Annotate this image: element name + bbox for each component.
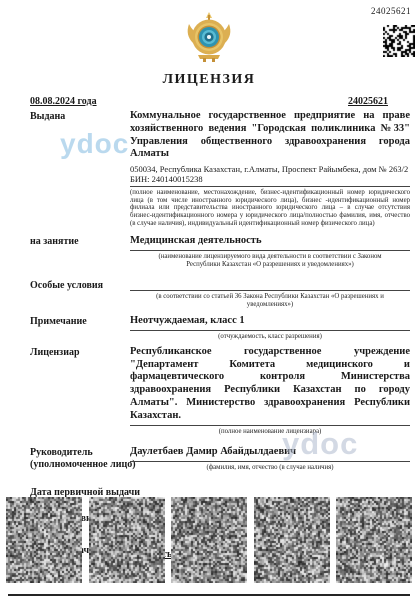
field-rule: [130, 185, 410, 187]
kazakhstan-emblem-icon: [184, 11, 234, 63]
date-number-row: 08.08.2024 года 24025621: [30, 96, 388, 107]
field-special-conditions: Особые условия (в соответствии со статье…: [30, 279, 410, 308]
note-value: Неотчуждаемая, класс 1: [130, 315, 410, 328]
field-activity: на занятие Медицинская деятельность (наи…: [30, 235, 410, 268]
field-label-activity: на занятие: [30, 235, 130, 248]
issued-to-value: Коммунальное государственное предприятие…: [130, 110, 410, 161]
fields-area: Выдана Коммунальное государственное пред…: [30, 110, 410, 562]
note-hint: (отчуждаемость, класс разрешения): [130, 333, 410, 341]
field-rule: [130, 460, 410, 462]
head-hint: (фамилия, имя, отчество (в случае наличи…: [130, 464, 410, 472]
issued-to-address: 050034, Республика Казахстан, г.Алматы, …: [130, 164, 410, 174]
special-conditions-hint: (в соответствии со статьей 36 Закона Рес…: [130, 293, 410, 308]
field-label-head: Руководитель (уполномоченное лицо): [30, 446, 130, 471]
datamatrix-code-icon: [383, 25, 415, 57]
licensor-hint: (полное наименование лицензиара): [130, 428, 410, 436]
noise-block: [171, 497, 247, 583]
noise-block: [254, 497, 330, 583]
license-number: 24025621: [348, 96, 388, 107]
field-issued-to: Выдана Коммунальное государственное пред…: [30, 110, 410, 227]
field-head: Руководитель (уполномоченное лицо) Дауле…: [30, 446, 410, 471]
noise-block: [89, 497, 165, 583]
licensor-value: Республиканское государственное учрежден…: [130, 346, 410, 423]
field-rule: [130, 424, 410, 426]
field-rule: [130, 329, 410, 331]
issued-to-hint: (полное наименование, местонахождение, б…: [130, 189, 410, 227]
issued-to-bin: БИН: 240140015238: [130, 174, 410, 184]
field-rule: [130, 289, 410, 291]
footer-divider: [8, 594, 410, 596]
license-document-page: 24025621 ЛИЦЕНЗИЯ 08.08.2024 года 240256…: [0, 0, 418, 600]
noise-block: [336, 497, 412, 583]
noise-block: [6, 497, 82, 583]
field-note: Примечание Неотчуждаемая, класс 1 (отчуж…: [30, 315, 410, 340]
field-rule: [130, 249, 410, 251]
field-label-issued-to: Выдана: [30, 110, 130, 123]
issue-date: 08.08.2024 года: [30, 96, 97, 107]
field-label-special-conditions: Особые условия: [30, 279, 130, 292]
activity-value: Медицинская деятельность: [130, 235, 410, 248]
special-conditions-value: [130, 279, 410, 288]
document-corner-number: 24025621: [371, 6, 411, 16]
head-value: Даулетбаев Дамир Абайдылдаевич: [130, 446, 410, 459]
document-title: ЛИЦЕНЗИЯ: [0, 72, 418, 88]
field-licensor: Лицензиар Республиканское государственно…: [30, 346, 410, 435]
field-label-note: Примечание: [30, 315, 130, 328]
activity-hint: (наименование лицензируемого вида деятел…: [130, 253, 410, 268]
field-label-licensor: Лицензиар: [30, 346, 130, 359]
scan-noise-barcode-strip: [6, 497, 412, 583]
